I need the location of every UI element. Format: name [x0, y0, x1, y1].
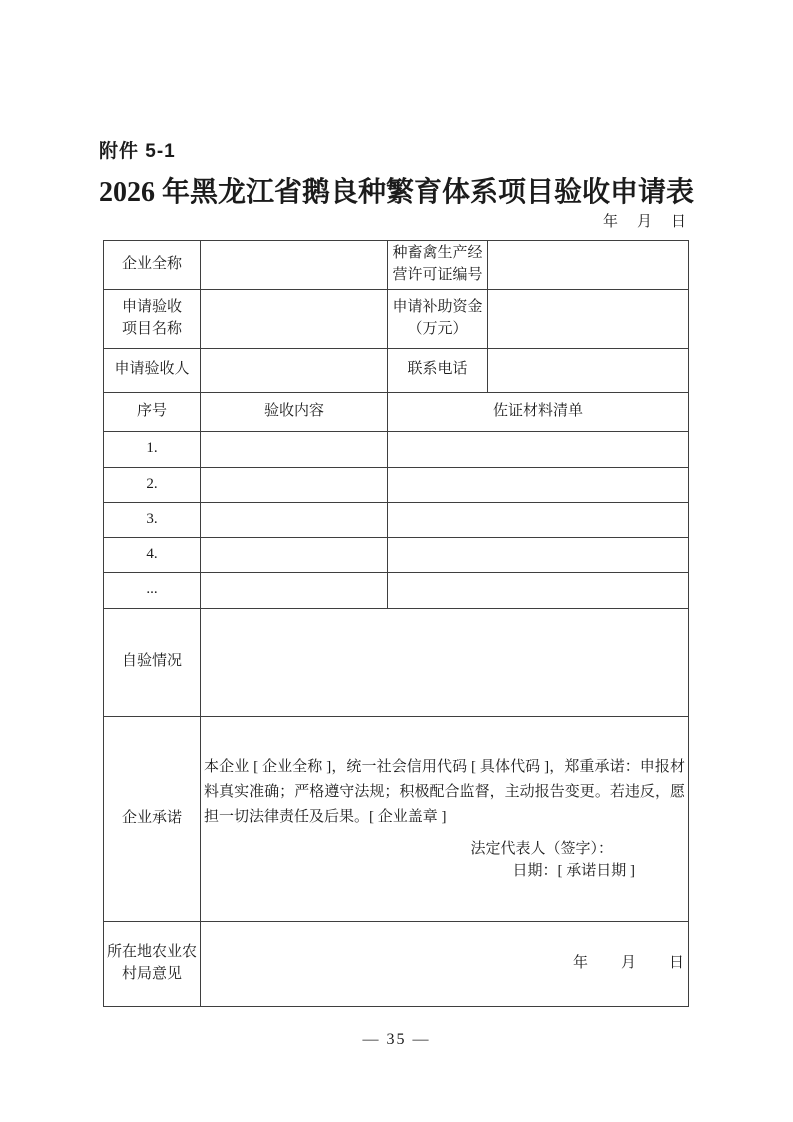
project-name-value-cell [201, 289, 388, 348]
checklist-row: 2. [104, 467, 689, 502]
applicant-value-cell [201, 348, 388, 392]
project-name-label: 申请验收 项目名称 [104, 289, 201, 348]
self-check-content-cell [201, 608, 689, 716]
form-title: 2026 年黑龙江省鹅良种繁育体系项目验收申请表 [0, 170, 793, 210]
materials-cell [388, 537, 689, 572]
bureau-opinion-content-cell: 年 月 日 [201, 921, 689, 1006]
legal-representative-signature-line: 法定代表人（签字）： [204, 839, 685, 861]
column-header-content: 验收内容 [201, 392, 388, 431]
commitment-statement: 本企业 [ 企业全称 ]，统一社会信用代码 [ 具体代码 ]，郑重承诺：申报材料… [204, 755, 685, 830]
commitment-date-line: 日期：[ 承诺日期 ] [204, 861, 685, 883]
row-number: ... [104, 572, 201, 608]
bureau-opinion-label: 所在地农业农 村局意见 [104, 921, 201, 1006]
content-cell [201, 502, 388, 537]
content-cell [201, 537, 388, 572]
self-check-row: 自验情况 [104, 608, 689, 716]
commitment-row: 企业承诺 本企业 [ 企业全称 ]，统一社会信用代码 [ 具体代码 ]，郑重承诺… [104, 716, 689, 921]
company-name-value-cell [201, 241, 388, 290]
materials-cell [388, 467, 689, 502]
bureau-date-line: 年 月 日 [573, 955, 685, 971]
bureau-opinion-row: 所在地农业农 村局意见 年 月 日 [104, 921, 689, 1006]
content-cell [201, 431, 388, 467]
row-number: 3. [104, 502, 201, 537]
materials-cell [388, 431, 689, 467]
phone-value-cell [488, 348, 689, 392]
subsidy-amount-label: 申请补助资金 （万元） [388, 289, 488, 348]
info-row-company: 企业全称 种畜禽生产经 营许可证编号 [104, 241, 689, 290]
subsidy-amount-value-cell [488, 289, 689, 348]
license-number-label: 种畜禽生产经 营许可证编号 [388, 241, 488, 290]
company-name-label: 企业全称 [104, 241, 201, 290]
info-row-applicant: 申请验收人 联系电话 [104, 348, 689, 392]
title-date-line: 年 月 日 [603, 210, 688, 231]
attachment-label: 附件 5-1 [99, 136, 176, 163]
checklist-row: 4. [104, 537, 689, 572]
materials-cell [388, 502, 689, 537]
checklist-row: 3. [104, 502, 689, 537]
application-form-table: 企业全称 种畜禽生产经 营许可证编号 申请验收 项目名称 申请补助资金 （万元）… [103, 240, 689, 1007]
document-page: 附件 5-1 2026 年黑龙江省鹅良种繁育体系项目验收申请表 年 月 日 企业… [0, 0, 793, 1122]
license-number-value-cell [488, 241, 689, 290]
applicant-label: 申请验收人 [104, 348, 201, 392]
checklist-row: 1. [104, 431, 689, 467]
page-number: — 35 — [0, 1031, 793, 1049]
content-cell [201, 467, 388, 502]
column-header-number: 序号 [104, 392, 201, 431]
checklist-row: ... [104, 572, 689, 608]
info-row-project: 申请验收 项目名称 申请补助资金 （万元） [104, 289, 689, 348]
self-check-label: 自验情况 [104, 608, 201, 716]
phone-label: 联系电话 [388, 348, 488, 392]
column-header-materials: 佐证材料清单 [388, 392, 689, 431]
content-cell [201, 572, 388, 608]
checklist-header-row: 序号 验收内容 佐证材料清单 [104, 392, 689, 431]
row-number: 4. [104, 537, 201, 572]
row-number: 2. [104, 467, 201, 502]
materials-cell [388, 572, 689, 608]
commitment-content-cell: 本企业 [ 企业全称 ]，统一社会信用代码 [ 具体代码 ]，郑重承诺：申报材料… [201, 716, 689, 921]
row-number: 1. [104, 431, 201, 467]
commitment-label: 企业承诺 [104, 716, 201, 921]
